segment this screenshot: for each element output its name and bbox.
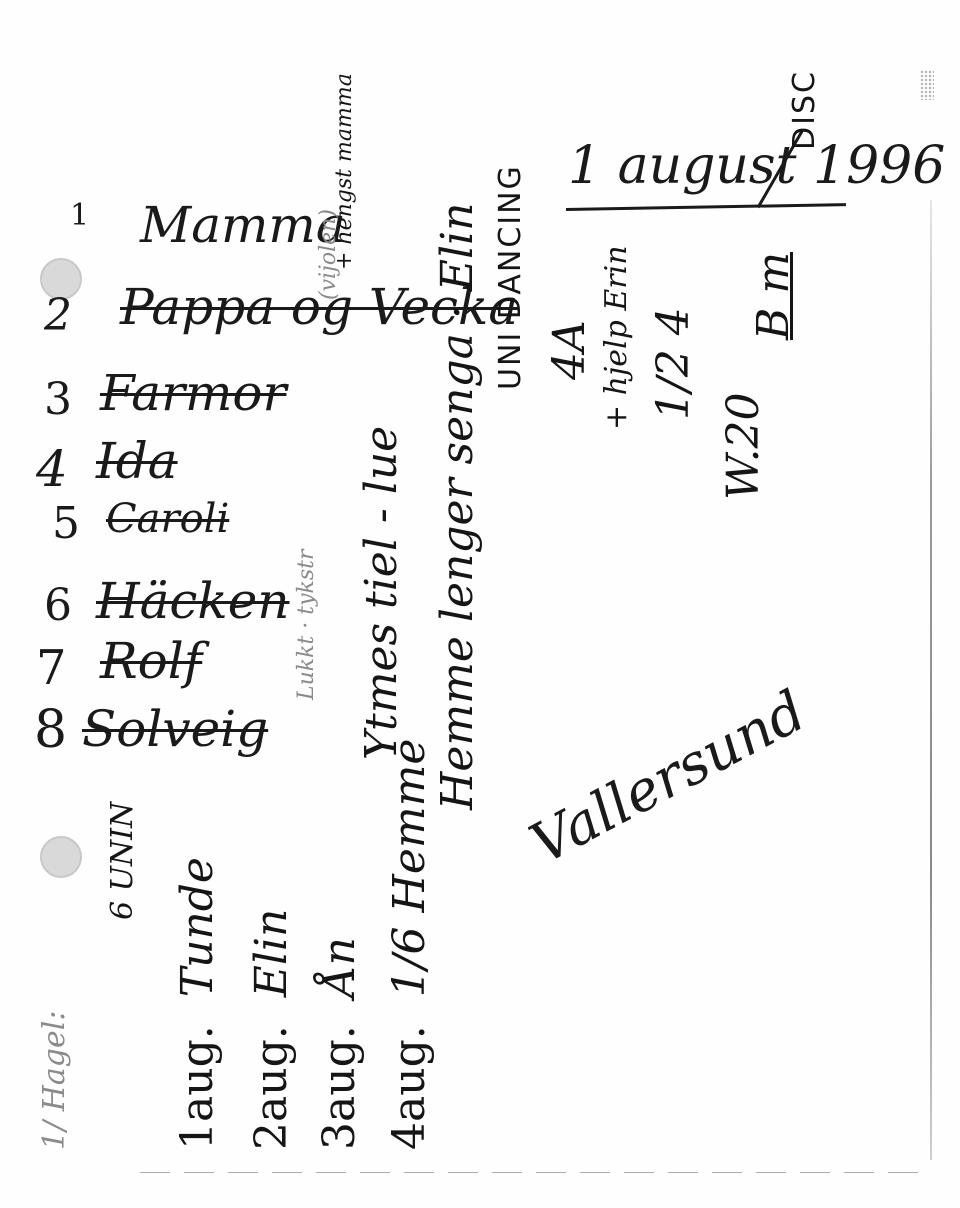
scanned-page: 1 Mamma 2 Pappa og Vecka 3 Farmor 4 Ida … bbox=[0, 0, 960, 1208]
punch-hole-bottom bbox=[40, 836, 82, 878]
gray-note: (vijolen) bbox=[318, 209, 340, 300]
gray-entry: 1/ Hagel: bbox=[40, 1011, 70, 1150]
help-line: + hjelp Erin bbox=[602, 245, 632, 430]
list-item: Solveig bbox=[82, 700, 268, 758]
list-item: Farmor bbox=[100, 364, 286, 422]
list-num: 3 bbox=[44, 374, 72, 425]
day-entry: 2aug.Elin bbox=[250, 909, 294, 1150]
gray-note: Lukkt · tykstr bbox=[296, 549, 318, 700]
small-code: 4A bbox=[548, 320, 592, 380]
day-label: 4aug. bbox=[384, 1025, 435, 1150]
list-item: Caroli bbox=[106, 496, 229, 542]
list-num: 5 bbox=[52, 498, 80, 549]
day-text: Ån bbox=[314, 937, 365, 997]
list-item: Ida bbox=[96, 432, 178, 490]
list-item: Häcken bbox=[96, 572, 290, 630]
paper-edge-bottom bbox=[140, 1172, 930, 1173]
note-line: Hemme lenger senga · Elin bbox=[436, 203, 480, 810]
day-entry: 4aug.1/6 Hemme bbox=[388, 739, 432, 1150]
day-label: 3aug. bbox=[314, 1025, 365, 1150]
day-label: 2aug. bbox=[246, 1025, 297, 1150]
list-num: 7 bbox=[36, 640, 67, 696]
caps-line: UNI DANCING bbox=[496, 164, 526, 390]
date-underline bbox=[566, 203, 846, 211]
day-entry: 3aug.Ån bbox=[318, 937, 362, 1150]
note-line: Ytmes tiel - lue bbox=[360, 426, 404, 760]
day-text: Elin bbox=[246, 909, 297, 998]
day-entry: 1aug.Tunde bbox=[176, 857, 220, 1150]
fraction: 1/2 4 bbox=[652, 307, 696, 420]
list-num: 1 bbox=[70, 198, 89, 233]
wl20-note: W.20 bbox=[722, 392, 766, 500]
paper-edge-right bbox=[930, 200, 932, 1160]
list-num: 8 bbox=[34, 700, 67, 760]
date-annotation: DISC bbox=[790, 70, 820, 150]
scan-artifact bbox=[920, 70, 934, 100]
day-label: 1aug. bbox=[172, 1025, 223, 1150]
unin-note: 6 UNIN bbox=[108, 802, 138, 920]
bm-note: B m bbox=[752, 252, 796, 340]
list-num: 4 bbox=[36, 440, 68, 498]
signature: Vallersund bbox=[520, 679, 816, 878]
list-item: Mamma bbox=[140, 196, 346, 254]
list-num: 2 bbox=[44, 290, 72, 341]
day-text: 1/6 Hemme bbox=[384, 739, 435, 998]
bm-text: B m bbox=[748, 252, 799, 340]
day-text: Tunde bbox=[172, 857, 223, 997]
date-heading: 1 august 1996 bbox=[568, 136, 945, 196]
list-item: Rolf bbox=[100, 632, 202, 690]
list-num: 6 bbox=[44, 580, 72, 631]
